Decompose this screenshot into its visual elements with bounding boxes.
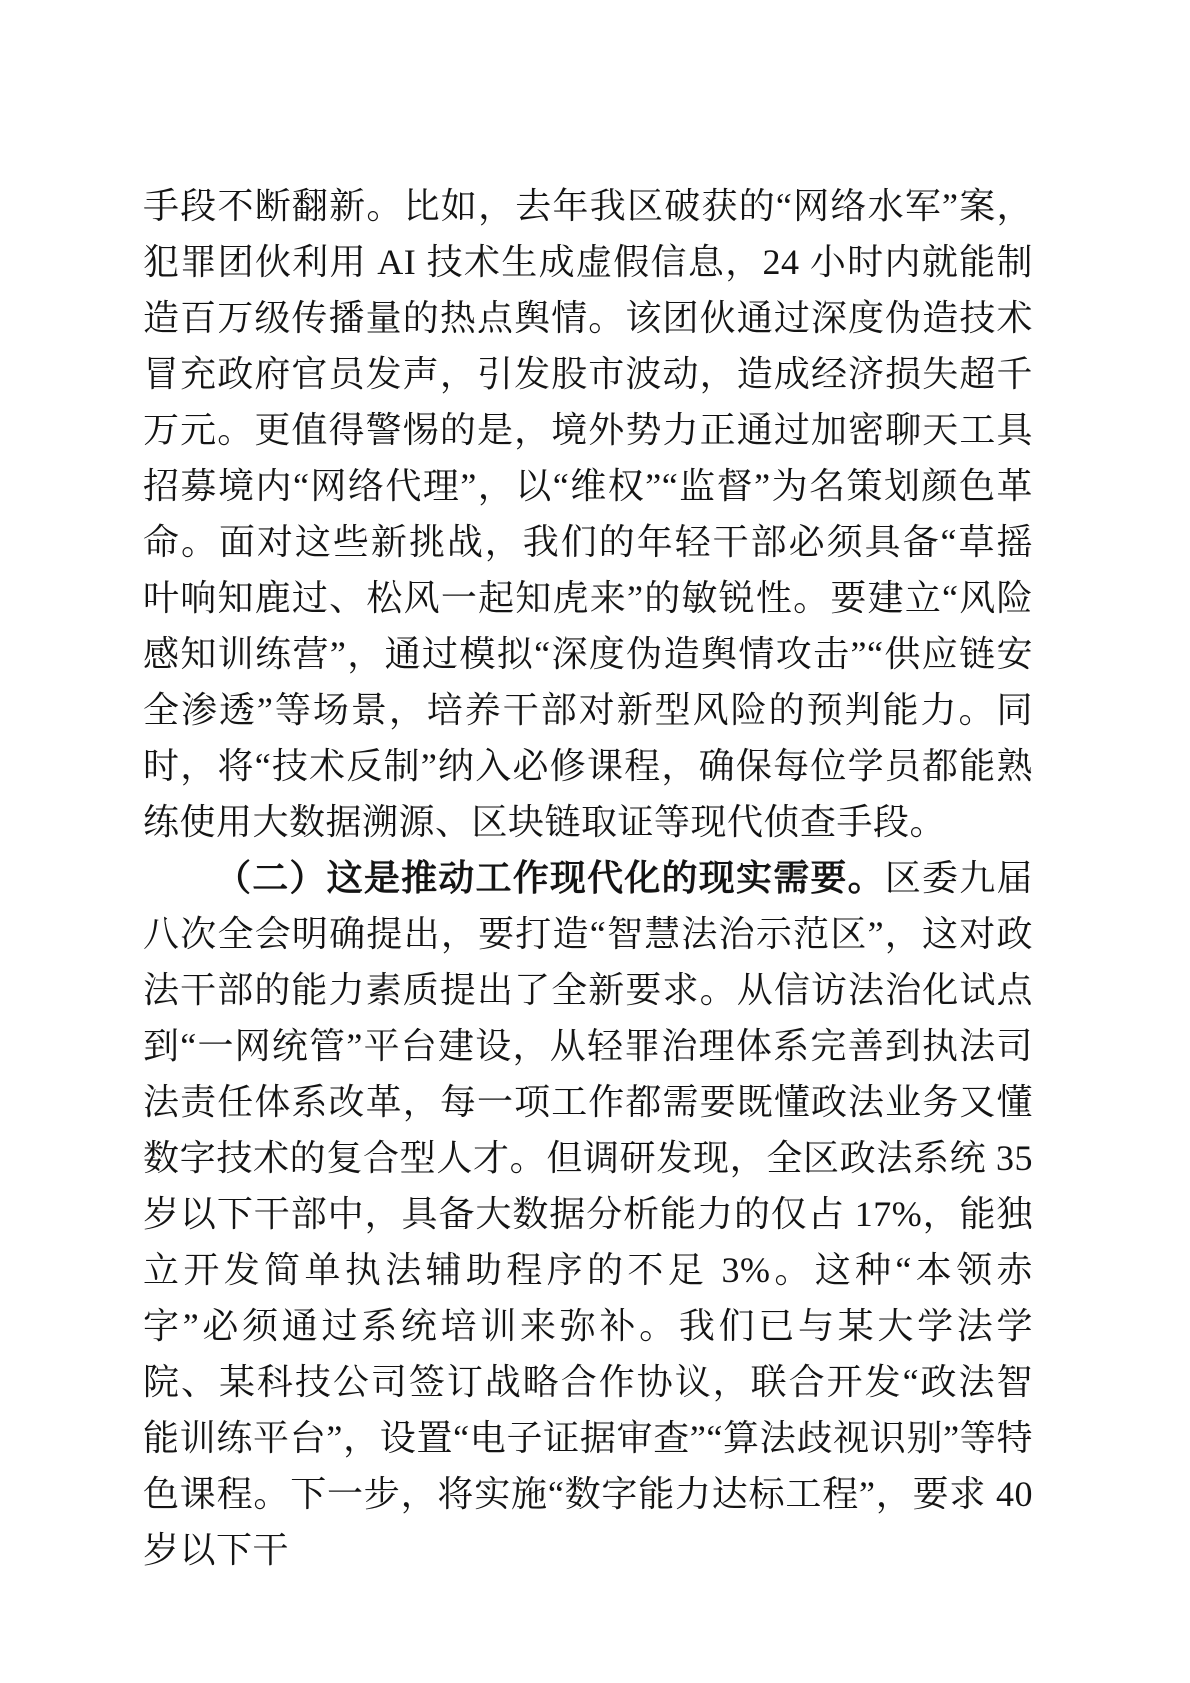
paragraph-risk-awareness: 手段不断翻新。比如，去年我区破获的“网络水军”案，犯罪团伙利用 AI 技术生成虚…: [143, 178, 1033, 850]
paragraph-1-body-run: 手段不断翻新。比如，去年我区破获的“网络水军”案，犯罪团伙利用 AI 技术生成虚…: [143, 186, 1033, 842]
document-page: 手段不断翻新。比如，去年我区破获的“网络水军”案，犯罪团伙利用 AI 技术生成虚…: [0, 0, 1190, 1683]
paragraph-modernization-need: （二）这是推动工作现代化的现实需要。区委九届八次全会明确提出，要打造“智慧法治示…: [143, 850, 1033, 1578]
paragraph-2-heading-run: （二）这是推动工作现代化的现实需要。: [215, 858, 885, 898]
document-text-block: 手段不断翻新。比如，去年我区破获的“网络水军”案，犯罪团伙利用 AI 技术生成虚…: [143, 178, 1033, 1578]
paragraph-2-body-run: 区委九届八次全会明确提出，要打造“智慧法治示范区”，这对政法干部的能力素质提出了…: [143, 858, 1033, 1570]
